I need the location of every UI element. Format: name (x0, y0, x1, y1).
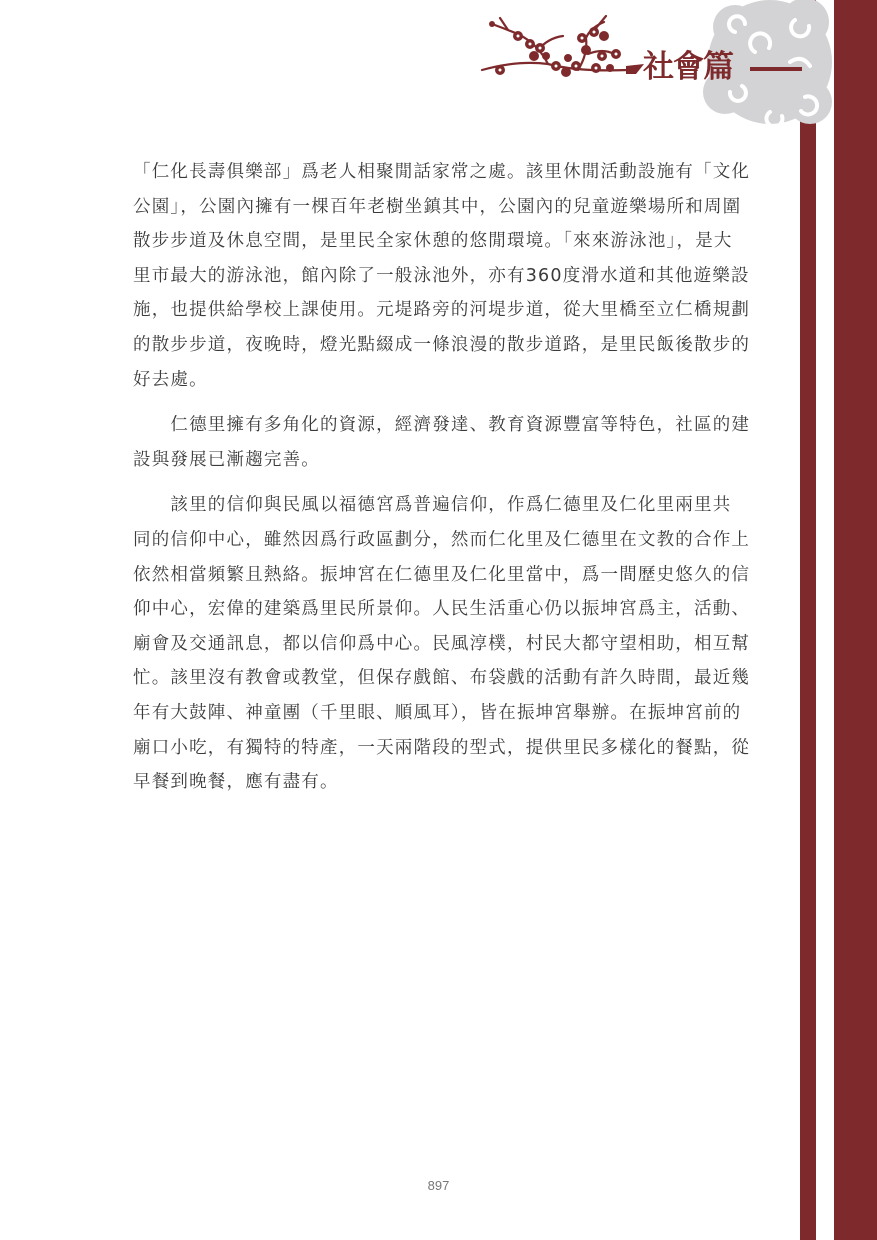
decorative-vertical-bar-narrow (800, 0, 816, 1240)
text-line: 同的信仰中心，雖然因爲行政區劃分，然而仁化里及仁德里在文教的合作上 (133, 523, 753, 558)
title-rule (750, 67, 802, 71)
text-line: 公園」，公園內擁有一棵百年老樹坐鎮其中，公園內的兒童遊樂場所和周圍 (133, 190, 753, 225)
paragraph-2: 仁德里擁有多角化的資源，經濟發達、教育資源豐富等特色，社區的建 設與發展已漸趨完… (133, 408, 753, 477)
text-line: 仰中心，宏偉的建築爲里民所景仰。人民生活重心仍以振坤宮爲主，活動、 (133, 592, 753, 627)
text-line: 忙。該里沒有教會或教堂，但保存戲館、布袋戲的活動有許久時間，最近幾 (133, 661, 753, 696)
text-line: 依然相當頻繁且熱絡。振坤宮在仁德里及仁化里當中，爲一間歷史悠久的信 (133, 558, 753, 593)
paragraph-1: 「仁化長壽俱樂部」爲老人相聚閒話家常之處。該里休閒活動設施有「文化 公園」，公園… (133, 155, 753, 397)
plum-blossom-branch-icon (478, 14, 646, 84)
text-line: 好去處。 (133, 363, 753, 398)
text-line: 早餐到晚餐，應有盡有。 (133, 765, 753, 800)
decorative-vertical-bar-wide (834, 0, 877, 1240)
text-line: 的散步步道，夜晚時，燈光點綴成一條浪漫的散步道路，是里民飯後散步的 (133, 328, 753, 363)
text-line: 仁德里擁有多角化的資源，經濟發達、教育資源豐富等特色，社區的建 (133, 408, 753, 443)
paragraph-3: 該里的信仰與民風以福德宮爲普遍信仰，作爲仁德里及仁化里兩里共 同的信仰中心，雖然… (133, 488, 753, 799)
text-line: 該里的信仰與民風以福德宮爲普遍信仰，作爲仁德里及仁化里兩里共 (133, 488, 753, 523)
text-line: 「仁化長壽俱樂部」爲老人相聚閒話家常之處。該里休閒活動設施有「文化 (133, 155, 753, 190)
section-title: 社會篇 (643, 47, 733, 87)
text-line: 里市最大的游泳池，館內除了一般泳池外，亦有360度滑水道和其他遊樂設 (133, 259, 753, 294)
text-line: 設與發展已漸趨完善。 (133, 443, 753, 478)
text-line: 年有大鼓陣、神童團（千里眼、順風耳），皆在振坤宮舉辦。在振坤宮前的 (133, 696, 753, 731)
text-line: 廟口小吃，有獨特的特產，一天兩階段的型式，提供里民多樣化的餐點，從 (133, 731, 753, 766)
text-line: 散步步道及休息空間，是里民全家休憩的悠閒環境。「來來游泳池」，是大 (133, 224, 753, 259)
text-line: 廟會及交通訊息，都以信仰爲中心。民風淳樸，村民大都守望相助，相互幫 (133, 627, 753, 662)
body-text: 「仁化長壽俱樂部」爲老人相聚閒話家常之處。該里休閒活動設施有「文化 公園」，公園… (133, 155, 753, 811)
page-number: 897 (0, 1178, 877, 1193)
text-line: 施，也提供給學校上課使用。元堤路旁的河堤步道，從大里橋至立仁橋規劃 (133, 293, 753, 328)
